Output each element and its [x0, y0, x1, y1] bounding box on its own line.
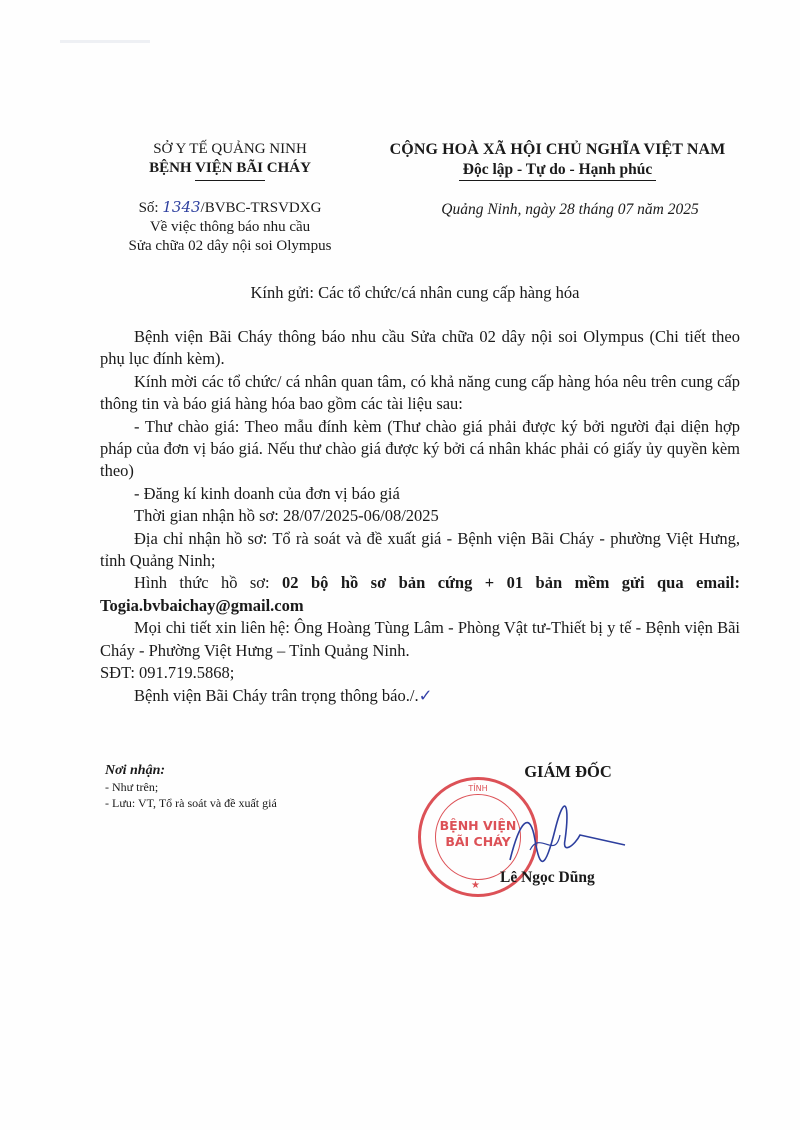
initial-mark-icon: ✓: [419, 686, 433, 705]
scan-artifact: [60, 40, 150, 43]
signer-title: GIÁM ĐỐC: [420, 762, 680, 782]
paragraph-phone: SĐT: 091.719.5868;: [100, 662, 740, 684]
recipient-item: - Lưu: VT, Tổ rà soát và đề xuất giá: [105, 795, 345, 811]
paragraph-submission-format: Hình thức hồ sơ: 02 bộ hồ sơ bản cứng + …: [100, 572, 740, 617]
document-body: Bệnh viện Bãi Cháy thông báo nhu cầu Sửa…: [100, 326, 740, 707]
issuer-header: SỞ Y TẾ QUẢNG NINH BỆNH VIỆN BÃI CHÁY: [100, 140, 360, 181]
document-number-handwritten: 1343: [162, 198, 200, 216]
subject-line-2: Sửa chữa 02 dây nội soi Olympus: [100, 237, 360, 256]
recipients-title: Nơi nhận:: [105, 762, 345, 779]
paragraph-invitation: Kính mời các tổ chức/ cá nhân quan tâm, …: [100, 371, 740, 416]
document-number-suffix: /BVBC-TRSVDXG: [201, 200, 322, 216]
subject-line-1: Về việc thông báo nhu cầu: [100, 218, 360, 237]
document-number-prefix: Số:: [139, 200, 163, 216]
paragraph-intro: Bệnh viện Bãi Cháy thông báo nhu cầu Sửa…: [100, 326, 740, 371]
stamp-star-icon: ★: [471, 880, 480, 891]
document-page: SỞ Y TẾ QUẢNG NINH BỆNH VIỆN BÃI CHÁY CỘ…: [0, 0, 800, 1130]
paragraph-receiving-address: Địa chỉ nhận hồ sơ: Tổ rà soát và đề xuấ…: [100, 528, 740, 573]
issuer-department: SỞ Y TẾ QUẢNG NINH: [100, 140, 360, 159]
date-line: Quảng Ninh, ngày 28 tháng 07 năm 2025: [370, 201, 770, 219]
greeting: Kính gửi: Các tổ chức/cá nhân cung cấp h…: [0, 283, 800, 303]
signature-block: GIÁM ĐỐC Lê Ngọc Dũng: [420, 762, 680, 782]
signer-name: Lê Ngọc Dũng: [500, 869, 595, 887]
closing-text: Bệnh viện Bãi Cháy trân trọng thông báo.…: [134, 686, 419, 705]
recipients-block: Nơi nhận: - Như trên; - Lưu: VT, Tổ rà s…: [105, 762, 345, 811]
issuer-underline: [195, 180, 265, 181]
handwritten-signature-icon: [500, 800, 630, 880]
paragraph-business-registration: - Đăng kí kinh doanh của đơn vị báo giá: [100, 483, 740, 505]
national-header: CỘNG HOÀ XÃ HỘI CHỦ NGHĨA VIỆT NAM Độc l…: [355, 140, 760, 181]
document-number: Số: 1343/BVBC-TRSVDXG: [100, 198, 360, 218]
paragraph-receiving-period: Thời gian nhận hồ sơ: 28/07/2025-06/08/2…: [100, 505, 740, 527]
national-title: CỘNG HOÀ XÃ HỘI CHỦ NGHĨA VIỆT NAM: [355, 140, 760, 160]
stamp-ring-text: TỈNH: [421, 784, 535, 793]
recipient-item: - Như trên;: [105, 779, 345, 795]
submission-format-label: Hình thức hồ sơ:: [134, 573, 282, 592]
paragraph-contact: Mọi chi tiết xin liên hệ: Ông Hoàng Tùng…: [100, 617, 740, 662]
paragraph-quote-letter: - Thư chào giá: Theo mẫu đính kèm (Thư c…: [100, 416, 740, 483]
paragraph-closing: Bệnh viện Bãi Cháy trân trọng thông báo.…: [100, 685, 740, 707]
document-subject: Về việc thông báo nhu cầu Sửa chữa 02 dâ…: [100, 218, 360, 256]
national-motto: Độc lập - Tự do - Hạnh phúc: [459, 160, 656, 181]
issuer-hospital: BỆNH VIỆN BÃI CHÁY: [100, 159, 360, 178]
